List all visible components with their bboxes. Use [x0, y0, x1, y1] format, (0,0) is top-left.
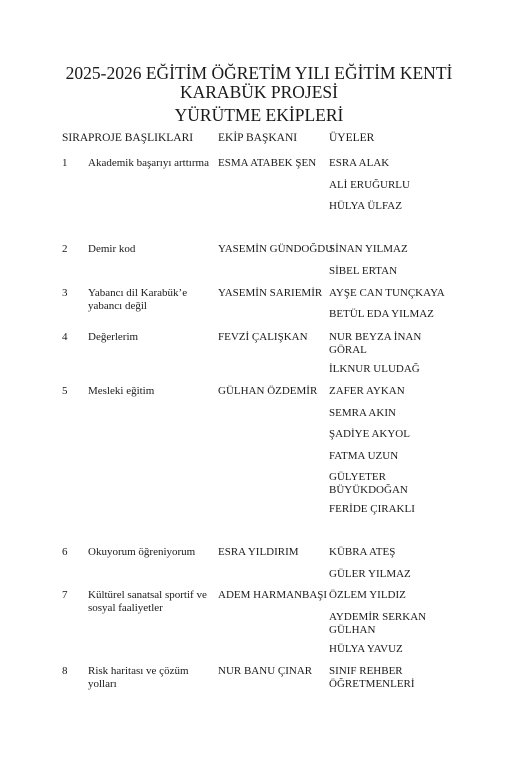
team-member: AYŞE CAN TUNÇKAYA	[329, 287, 459, 300]
team-leader: ESMA ATABEK ŞEN	[218, 157, 316, 170]
team-member: NUR BEYZA İNAN GÖRAL	[329, 331, 459, 356]
document-subtitle: YÜRÜTME EKİPLERİ	[0, 105, 518, 125]
team-member: ESRA ALAK	[329, 157, 459, 170]
header-members: ÜYELER	[329, 131, 374, 145]
document-title-line2: KARABÜK PROJESİ	[0, 82, 518, 102]
team-member: ZAFER AYKAN	[329, 385, 459, 398]
team-leader: YASEMİN GÜNDOĞDU	[218, 243, 333, 256]
document-title-line1: 2025-2026 EĞİTİM ÖĞRETİM YILI EĞİTİM KEN…	[0, 63, 518, 83]
header-project-titles: PROJE BAŞLIKLARI	[88, 131, 193, 145]
team-member: BETÜL EDA YILMAZ	[329, 308, 459, 321]
header-team-leader: EKİP BAŞKANI	[218, 131, 297, 145]
team-member: ALİ ERUĞURLU	[329, 179, 459, 192]
project-title: Akademik başarıyı arttırma	[88, 157, 216, 170]
team-member: İLKNUR ULUDAĞ	[329, 363, 459, 376]
project-title: Demir kod	[88, 243, 216, 256]
team-member: ÖZLEM YILDIZ	[329, 589, 459, 602]
team-member: FERİDE ÇIRAKLI	[329, 503, 459, 516]
row-number: 2	[62, 243, 68, 256]
team-leader: ADEM HARMANBAŞI	[218, 589, 327, 602]
team-member: AYDEMİR SERKAN GÜLHAN	[329, 611, 459, 636]
project-title: Kültürel sanatsal sportif ve sosyal faal…	[88, 589, 216, 614]
row-number: 7	[62, 589, 68, 602]
team-leader: FEVZİ ÇALIŞKAN	[218, 331, 308, 344]
project-title: Okuyorum öğreniyorum	[88, 546, 216, 559]
team-member: ŞADİYE AKYOL	[329, 428, 459, 441]
row-number: 4	[62, 331, 68, 344]
row-number: 8	[62, 665, 68, 678]
row-number: 5	[62, 385, 68, 398]
team-leader: YASEMİN SARIEMİR	[218, 287, 322, 300]
header-sira: SIRA	[62, 131, 88, 145]
row-number: 6	[62, 546, 68, 559]
row-number: 3	[62, 287, 68, 300]
team-member: HÜLYA YAVUZ	[329, 643, 459, 656]
row-number: 1	[62, 157, 68, 170]
team-member: GÜLYETER BÜYÜKDOĞAN	[329, 471, 459, 496]
team-leader: GÜLHAN ÖZDEMİR	[218, 385, 317, 398]
team-member: GÜLER YILMAZ	[329, 568, 459, 581]
team-member: SİBEL ERTAN	[329, 265, 459, 278]
team-leader: ESRA YILDIRIM	[218, 546, 299, 559]
project-title: Mesleki eğitim	[88, 385, 216, 398]
team-member: FATMA UZUN	[329, 450, 459, 463]
project-title: Değerlerim	[88, 331, 216, 344]
project-title: Risk haritası ve çözüm yolları	[88, 665, 216, 690]
project-title: Yabancı dil Karabük’e yabancı değil	[88, 287, 216, 312]
team-member: SINIF REHBER ÖĞRETMENLERİ	[329, 665, 459, 690]
team-member: SEMRA AKIN	[329, 407, 459, 420]
team-member: SİNAN YILMAZ	[329, 243, 459, 256]
team-member: KÜBRA ATEŞ	[329, 546, 459, 559]
team-leader: NUR BANU ÇINAR	[218, 665, 312, 678]
team-member: HÜLYA ÜLFAZ	[329, 200, 459, 213]
